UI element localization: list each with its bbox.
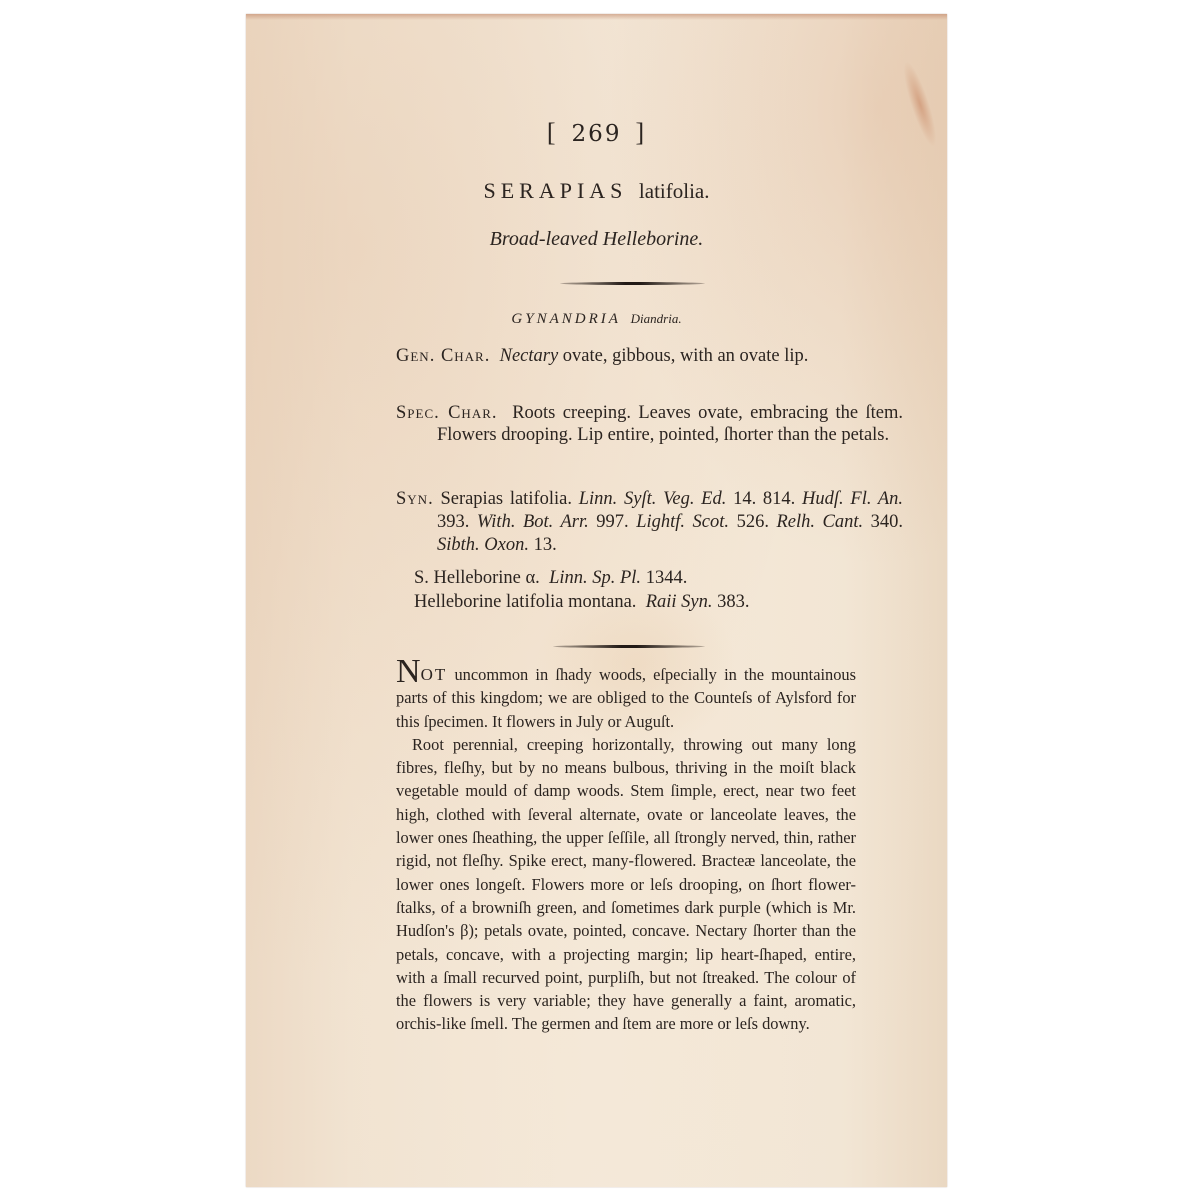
syn-sub-ref: Raii Syn.	[646, 592, 713, 612]
page-number: [269]	[246, 118, 947, 148]
gen-char-italic: Nectary	[500, 346, 559, 366]
syn-ref: Linn. Syſt. Veg. Ed.	[579, 489, 727, 509]
paragraph-habitat: NOT uncommon in ſhady woods, eſpecially …	[396, 662, 856, 733]
syn-ref-num: 526.	[737, 512, 769, 532]
page-title: SERAPIAS latifolia.	[246, 178, 947, 204]
description-body: NOT uncommon in ſhady woods, eſpecially …	[396, 662, 856, 1036]
syn-sub-num: 1344.	[646, 568, 688, 588]
drop-cap-rest: OT	[421, 665, 448, 684]
class-name: GYNANDRIA	[511, 311, 621, 327]
spec-char-label: Spec. Char.	[396, 403, 498, 423]
syn-ref-num: 14. 814.	[733, 489, 795, 509]
paragraph-description: Root perennial, creeping horizontally, t…	[396, 733, 856, 1036]
paragraph-text: uncommon in ſhady woods, eſpecially in t…	[396, 665, 856, 731]
syn-sub-ref: Linn. Sp. Pl.	[549, 568, 641, 588]
syn-ref: With. Bot. Arr.	[477, 512, 589, 532]
bracket-open: [	[533, 118, 572, 147]
syn-ref-num: 13.	[534, 535, 557, 555]
syn-ref: Lightf. Scot.	[636, 512, 729, 532]
syn-sub-name: S. Helleborine α.	[414, 568, 540, 588]
syn-ref: Relh. Cant.	[776, 512, 863, 532]
common-name: Broad-leaved Helleborine.	[246, 228, 947, 251]
species-name: latifolia.	[639, 179, 710, 203]
gen-char-label: Gen. Char.	[396, 346, 490, 366]
spec-char-text: Roots creeping. Leaves ovate, embracing …	[437, 403, 903, 445]
syn-main-name: Serapias latifolia.	[440, 489, 572, 509]
syn-ref-num: 340.	[871, 512, 903, 532]
syn-ref: Sibth. Oxon.	[437, 535, 529, 555]
syn-label: Syn.	[396, 489, 434, 509]
gen-char-text: ovate, gibbous, with an ovate lip.	[558, 346, 808, 366]
syn-sub-name: Helleborine latifolia montana.	[414, 592, 636, 612]
specific-character: Spec. Char. Roots creeping. Leaves ovate…	[396, 402, 903, 446]
divider-rule	[553, 645, 705, 648]
synonym-helleborine: S. Helleborine α. Linn. Sp. Pl. 1344.	[414, 568, 687, 589]
bracket-close: ]	[621, 118, 660, 147]
syn-sub-num: 383.	[717, 592, 749, 612]
syn-ref-num: 997.	[596, 512, 628, 532]
page-number-value: 269	[572, 121, 622, 147]
generic-character: Gen. Char. Nectary ovate, gibbous, with …	[396, 345, 903, 367]
synonyms: Syn. Serapias latifolia. Linn. Syſt. Veg…	[396, 488, 903, 557]
divider-rule	[560, 282, 705, 285]
genus-name: SERAPIAS	[484, 178, 628, 203]
syn-ref-num: 393.	[437, 512, 469, 532]
order-name: Diandria.	[631, 311, 682, 326]
classification: GYNANDRIA Diandria.	[246, 311, 947, 328]
syn-ref: Hudſ. Fl. An.	[802, 489, 903, 509]
synonym-helleborine-montana: Helleborine latifolia montana. Raii Syn.…	[414, 592, 749, 613]
drop-cap: N	[396, 653, 421, 690]
book-page: [269] SERAPIAS latifolia. Broad-leaved H…	[246, 14, 947, 1187]
